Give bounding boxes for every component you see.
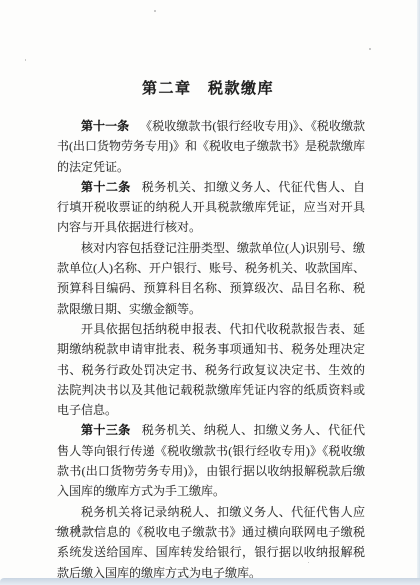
paragraph-text: 税务机关将记录纳税人、扣缴义务人、代征代售人应缴税款信息的《税收电子缴款书》通过… (57, 505, 365, 580)
article-number: 第十三条 (81, 423, 131, 437)
scan-speck (369, 48, 371, 50)
scan-speck (154, 10, 156, 12)
article-number: 第十一条 (81, 119, 129, 133)
page-number: — 4 — (55, 521, 101, 536)
scan-edge-bottom (0, 578, 420, 585)
paragraph-article-12: 第十二条税务机关、扣缴义务人、代征代售人、自行填开税收票证的纳税人开具税款缴库凭… (57, 177, 365, 238)
scan-speck (25, 59, 26, 61)
article-number: 第十二条 (81, 180, 131, 194)
paragraph-electronic-payment: 税务机关将记录纳税人、扣缴义务人、代征代售人应缴税款信息的《税收电子缴款书》通过… (57, 502, 365, 583)
paragraph-text: 开具依据包括纳税申报表、代扣代收税款报告表、延期缴纳税款申请审批表、税务事项通知… (57, 322, 365, 417)
scanned-document-page: 第二章 税款缴库 第十一条《税收缴款书(银行经收专用)》、《税收缴款书(出口货物… (0, 0, 420, 585)
paragraph-article-13: 第十三条税务机关、纳税人、扣缴义务人、代征代售人等向银行传递《税收缴款书(银行经… (57, 420, 365, 501)
paragraph-issuance-basis: 开具依据包括纳税申报表、代扣代收税款报告表、延期缴纳税款申请审批表、税务事项通知… (57, 319, 365, 420)
chapter-title: 第二章 税款缴库 (0, 77, 416, 98)
scan-speck (166, 545, 168, 546)
paragraph-text: 核对内容包括登记注册类型、缴款单位(人)识别号、缴款单位(人)名称、开户银行、账… (57, 241, 365, 316)
paragraph-article-11: 第十一条《税收缴款书(银行经收专用)》、《税收缴款书(出口货物劳务专用)》和《税… (57, 116, 365, 177)
document-body: 第十一条《税收缴款书(银行经收专用)》、《税收缴款书(出口货物劳务专用)》和《税… (57, 116, 365, 583)
paragraph-check-contents: 核对内容包括登记注册类型、缴款单位(人)识别号、缴款单位(人)名称、开户银行、账… (57, 238, 365, 319)
scan-speck (308, 562, 309, 563)
